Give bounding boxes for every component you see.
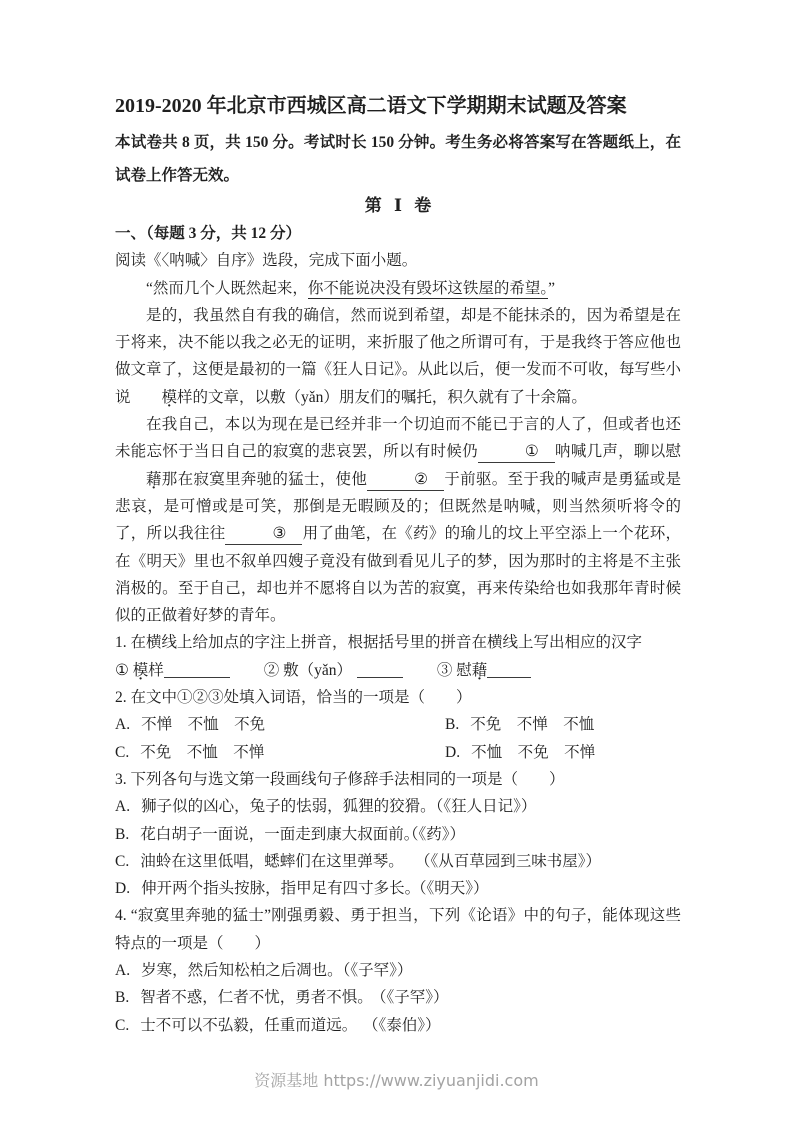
- q2-option-b: B.不免 不惮 不恤: [445, 711, 681, 738]
- dotted-char-jie: 藉: [115, 466, 162, 493]
- q1-item-1-num: ①: [115, 662, 133, 679]
- option-text: 不惮 不恤 不免: [141, 716, 265, 733]
- option-text: 油蛉在这里低唱，蟋蟀们在这里弹琴。: [140, 853, 404, 870]
- q1-item-3-text: ③ 慰: [437, 662, 472, 679]
- footer-watermark: 资源基地 https://www.ziyuanjidi.com: [0, 1068, 793, 1091]
- q4-option-a: A.岁寒，然后知松柏之后凋也。（《子罕》）: [115, 957, 681, 984]
- q3-stem: 3. 下列各句与选文第一段画线句子修辞手法相同的一项是（ ）: [115, 766, 681, 793]
- option-label: B.: [115, 989, 129, 1006]
- page-title: 2019-2020 年北京市西城区高二语文下学期期末试题及答案: [115, 90, 681, 122]
- option-text: 不恤 不免 不惮: [471, 744, 595, 761]
- option-label: C.: [115, 744, 129, 761]
- exam-note: 本试卷共 8 页，共 150 分。考试时长 150 分钟。考生务必将答案写在答题…: [115, 126, 681, 192]
- quote-post: ”: [548, 280, 555, 297]
- option-text: 不免 不惮 不恤: [470, 716, 594, 733]
- q3-option-a: A.狮子似的凶心，兔子的怯弱，狐狸的狡猾。（《狂人日记》）: [115, 793, 681, 820]
- option-citation: （《子罕》）: [343, 962, 413, 979]
- option-text: 不免 不恤 不惮: [140, 744, 264, 761]
- option-text: 士不可以不弘毅，任重而道远。: [140, 1017, 357, 1034]
- q4-option-c: C.士不可以不弘毅，任重而道远。（《泰伯》）: [115, 1012, 681, 1039]
- passage-quote: “然而几个人既然起来，你不能说决没有毁坏这铁屋的希望。”: [115, 275, 681, 302]
- answer-blank: [164, 663, 230, 678]
- q3-option-c: C.油蛉在这里低唱，蟋蟀们在这里弹琴。（《从百草园到三味书屋》）: [115, 848, 681, 875]
- q2-option-d: D.不恤 不免 不惮: [445, 739, 681, 766]
- paragraph-1: 是的，我虽然自有我的确信，然而说到希望，却是不能抹杀的，因为希望是在于将来，决不…: [115, 302, 681, 411]
- q1-item-1-rest: 样: [148, 662, 164, 679]
- option-label: C.: [115, 853, 129, 870]
- option-label: B.: [115, 826, 129, 843]
- fill-blank-1: ①: [478, 442, 555, 463]
- q3-option-b: B.花白胡子一面说，一面走到康大叔面前。（《药》）: [115, 821, 681, 848]
- option-label: A.: [115, 716, 130, 733]
- option-citation: （《从百草园到三味书屋》）: [415, 848, 601, 875]
- paragraph-2: 在我自己，本以为现在是已经并非一个切迫而不能已于言的人了，但或者也还未能忘怀于当…: [115, 411, 681, 629]
- q1-blanks: ① 模样 ② 敷（yǎn） ③ 慰藉: [115, 657, 681, 684]
- dotted-char-jie-q1: 藉: [472, 657, 488, 684]
- para2-text-3: 那在寂寞里奔驰的猛士，使他: [162, 471, 368, 488]
- q1-stem: 1. 在横线上给加点的字注上拼音，根据括号里的拼音在横线上写出相应的汉字: [115, 629, 681, 656]
- section-heading: 一、（每题 3 分，共 12 分）: [115, 220, 681, 247]
- q2-options: A.不惮 不恤 不免 B.不免 不惮 不恤 C.不免 不恤 不惮 D.不恤 不免…: [115, 711, 681, 766]
- para2-text-2: 呐喊几声，聊以慰: [555, 443, 681, 460]
- option-label: A.: [115, 798, 130, 815]
- q3-option-d: D.伸开两个指头按脉，指甲足有四寸多长。（《明天》）: [115, 875, 681, 902]
- option-citation: （《狂人日记》）: [436, 798, 537, 815]
- volume-heading: 第 Ⅰ 卷: [115, 192, 681, 220]
- q2-option-a: A.不惮 不恤 不免: [115, 711, 445, 738]
- option-label: D.: [115, 880, 130, 897]
- fill-blank-3: ③: [225, 524, 302, 545]
- option-text: 狮子似的凶心，兔子的怯弱，狐狸的狡猾。: [141, 798, 436, 815]
- option-citation: （《药》）: [403, 821, 465, 848]
- dotted-char-mo-q1: 模: [133, 657, 149, 684]
- option-citation: （《子罕》）: [379, 989, 449, 1006]
- fill-blank-2: ②: [367, 470, 444, 491]
- option-label: A.: [115, 962, 130, 979]
- q4-option-b: B.智者不惑，仁者不忧，勇者不惧。（《子罕》）: [115, 984, 681, 1011]
- option-text: 花白胡子一面说，一面走到康大叔面前。: [140, 826, 419, 843]
- quote-pre: “然而几个人既然起来，: [146, 280, 308, 297]
- q1-item-2: ② 敷（yǎn）: [264, 662, 403, 679]
- document-content: 2019-2020 年北京市西城区高二语文下学期期末试题及答案 本试卷共 8 页…: [115, 90, 681, 1039]
- option-label: D.: [445, 744, 460, 761]
- q2-option-c: C.不免 不恤 不惮: [115, 739, 445, 766]
- option-label: C.: [115, 1017, 129, 1034]
- quote-underlined-sentence: 你不能说决没有毁坏这铁屋的希望。: [308, 280, 548, 299]
- option-citation: （《泰伯》）: [363, 1012, 441, 1039]
- q1-item-1: ① 模样: [115, 662, 230, 679]
- option-text: 伸开两个指头按脉，指甲足有四寸多长。: [141, 880, 420, 897]
- option-text: 智者不惑，仁者不忧，勇者不惧。: [140, 989, 373, 1006]
- document-page: 2019-2020 年北京市西城区高二语文下学期期末试题及答案 本试卷共 8 页…: [0, 0, 793, 1122]
- footer-link[interactable]: 资源基地 https://www.ziyuanjidi.com: [254, 1071, 538, 1090]
- answer-blank: [357, 663, 403, 678]
- q2-stem: 2. 在文中①②③处填入词语，恰当的一项是（ ）: [115, 684, 681, 711]
- option-label: B.: [445, 716, 459, 733]
- option-citation: （《明天》）: [411, 875, 489, 902]
- q4-stem: 4. “寂寞里奔驰的猛士”刚强勇毅、勇于担当，下列《论语》中的句子，能体现这些特…: [115, 902, 681, 957]
- answer-blank: [487, 663, 531, 678]
- option-text: 岁寒，然后知松柏之后凋也。: [141, 962, 343, 979]
- dotted-char-mo: 模: [131, 384, 178, 411]
- para1-text-2: 样的文章，以敷（yǎn）朋友们的嘱托，积久就有了十余篇。: [177, 389, 587, 406]
- q1-item-2-text: ② 敷（yǎn）: [264, 662, 352, 679]
- q1-item-3: ③ 慰藉: [437, 662, 531, 679]
- passage-instruction: 阅读《〈呐喊〉自序》选段，完成下面小题。: [115, 247, 681, 274]
